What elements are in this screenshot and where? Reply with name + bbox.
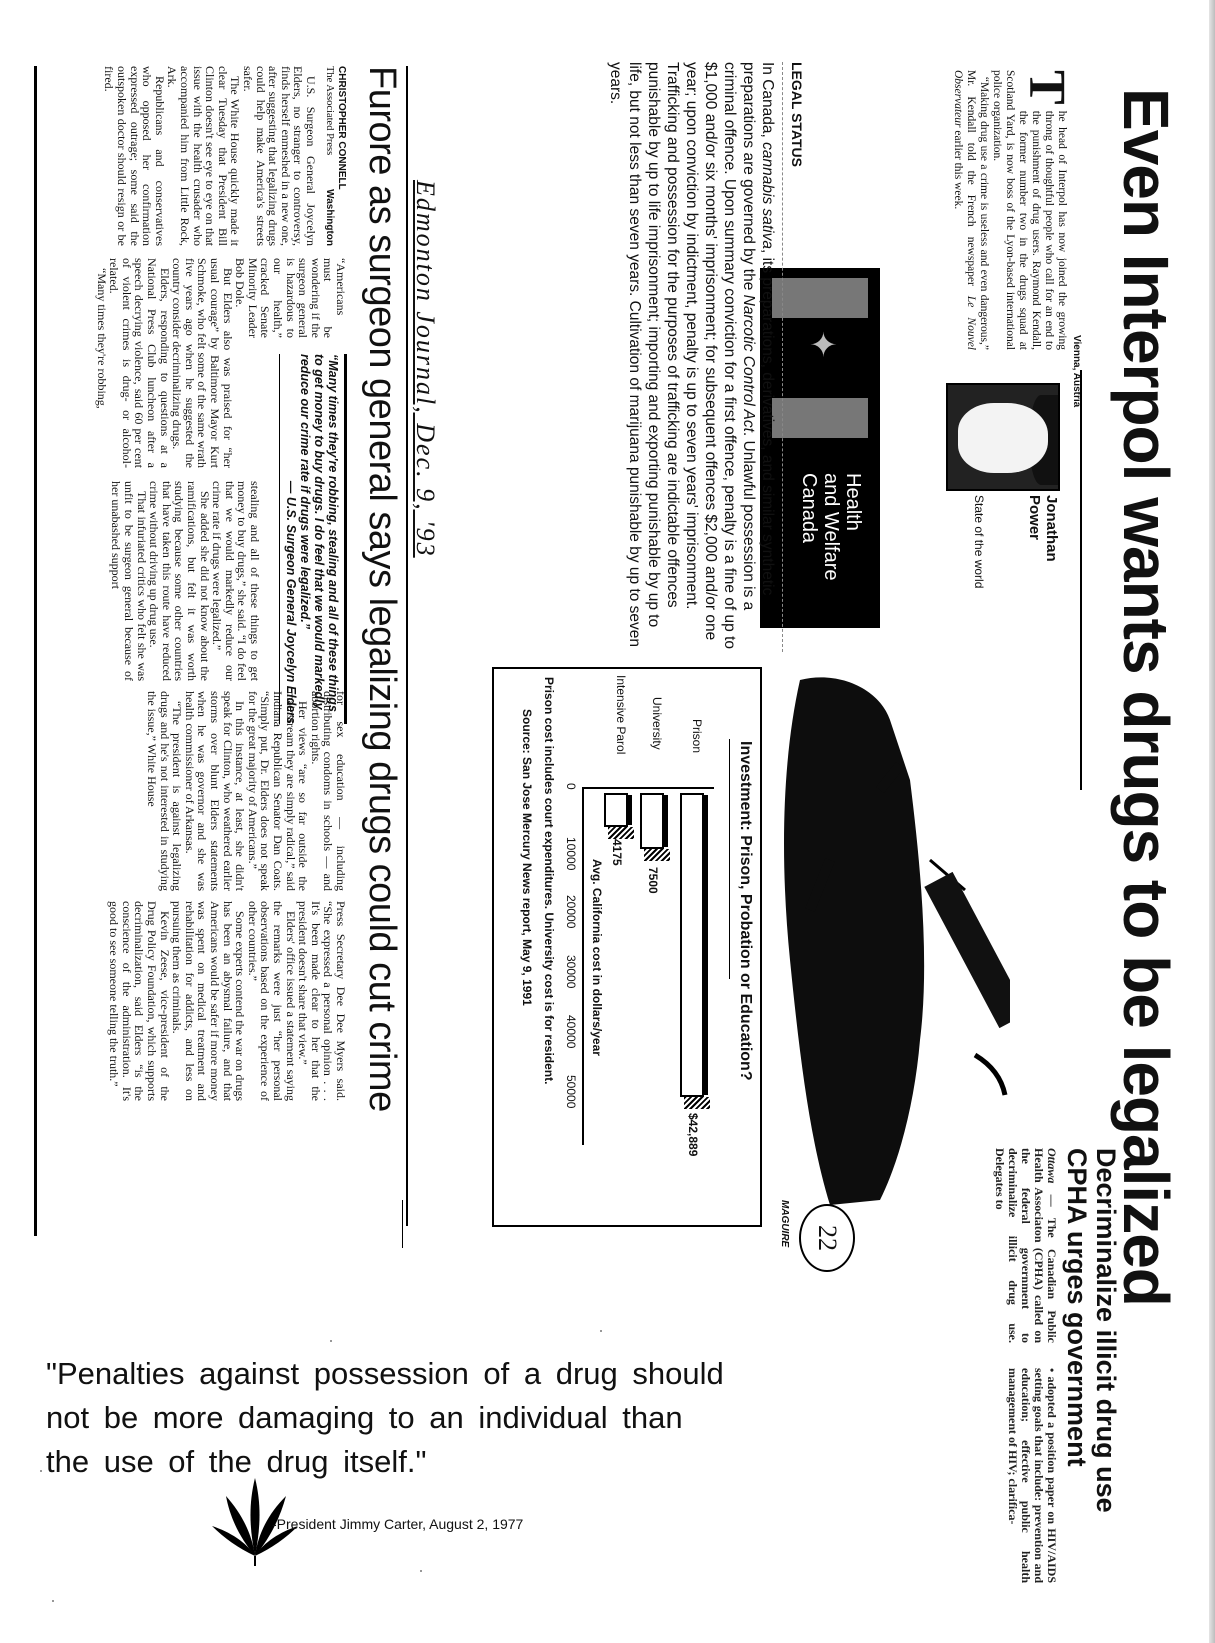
bar-prison xyxy=(680,793,704,1097)
bar-university xyxy=(640,793,664,849)
interpol-lead: The head of Interpol has now joined the … xyxy=(951,70,1068,350)
chart-source: Source: San Jose Mercury News report, Ma… xyxy=(520,709,534,1006)
furore-headline: Furore as surgeon general says legalizin… xyxy=(362,66,402,1226)
furore-col4: for sex education — including distributi… xyxy=(146,691,348,891)
cpha-col1: Ottawa — The Canadian Public Health Asso… xyxy=(993,1148,1058,1343)
value-label: 7500 xyxy=(646,867,660,894)
chart-title: Investment: Prison, Probation or Educati… xyxy=(736,741,754,1081)
value-label: $42,889 xyxy=(686,1113,700,1156)
category-label: University xyxy=(650,697,664,750)
legal-status-body: In Canada, cannabis sativa, its preparat… xyxy=(606,62,777,652)
scan-edge xyxy=(1209,0,1215,1643)
handwritten-note: Edmonton Journal, Dec. 9, '93 xyxy=(410,180,440,558)
columnist-photo xyxy=(946,383,1060,491)
legal-status: LEGAL STATUS In Canada, cannabis sativa,… xyxy=(515,62,805,652)
columnist-name: Jonathan Power xyxy=(1026,495,1060,585)
interpol-headline: Even Interpol wants drugs to be legalize… xyxy=(1114,88,1178,1148)
chart-footnote: Prison cost includes court expenditures.… xyxy=(542,677,556,1084)
column-kicker: State of the world xyxy=(972,495,986,605)
furore-border xyxy=(34,66,37,1236)
quote-attribution: -President Jimmy Carter, August 2, 1977 xyxy=(272,1516,523,1532)
furore-article: Furore as surgeon general says legalizin… xyxy=(362,66,402,1226)
illustrator-signature: MAGUIRE xyxy=(779,1200,790,1247)
cpha-article: Decriminalize illicit drug use CPHA urge… xyxy=(880,1148,1120,1608)
furore-col5: Press Secretary Dee Dee Myers said. “She… xyxy=(108,901,347,1101)
cpha-headline: Decriminalize illicit drug use CPHA urge… xyxy=(1062,1148,1120,1608)
page-number: 22 xyxy=(799,1204,855,1272)
maple-leaf-icon: ✦ xyxy=(802,330,842,359)
interpol-article: Even Interpol wants drugs to be legalize… xyxy=(1114,88,1178,1148)
hwc-logo-text: Health and Welfare Canada xyxy=(798,473,864,580)
bar-intensive-parol xyxy=(604,793,628,827)
carter-quote: "Penalties against possession of a drug … xyxy=(46,1352,736,1484)
category-label: Intensive Parol xyxy=(614,675,628,754)
legal-status-title: LEGAL STATUS xyxy=(789,62,805,652)
furore-body: CHRISTOPHER CONNELL The Associated Press… xyxy=(27,66,347,1226)
cpha-col2: • adopted a position paper on HIV/AIDS s… xyxy=(1006,1368,1058,1583)
investment-chart: Investment: Prison, Probation or Educati… xyxy=(492,667,762,1227)
x-axis xyxy=(582,787,584,1145)
furore-col1: CHRISTOPHER CONNELL The Associated Press… xyxy=(103,66,347,246)
category-label: Prison xyxy=(690,719,704,753)
furore-col3: stealing and all of these things to get … xyxy=(110,481,261,681)
x-axis-label: Avg. California cost in dollars/year xyxy=(590,859,604,1056)
syringe-illustration: MAGUIRE xyxy=(770,660,1010,1220)
value-label: 4175 xyxy=(610,839,624,866)
pull-quote: “Many times they're robbing, stealing an… xyxy=(279,354,347,724)
dropcap: T xyxy=(1026,70,1066,105)
